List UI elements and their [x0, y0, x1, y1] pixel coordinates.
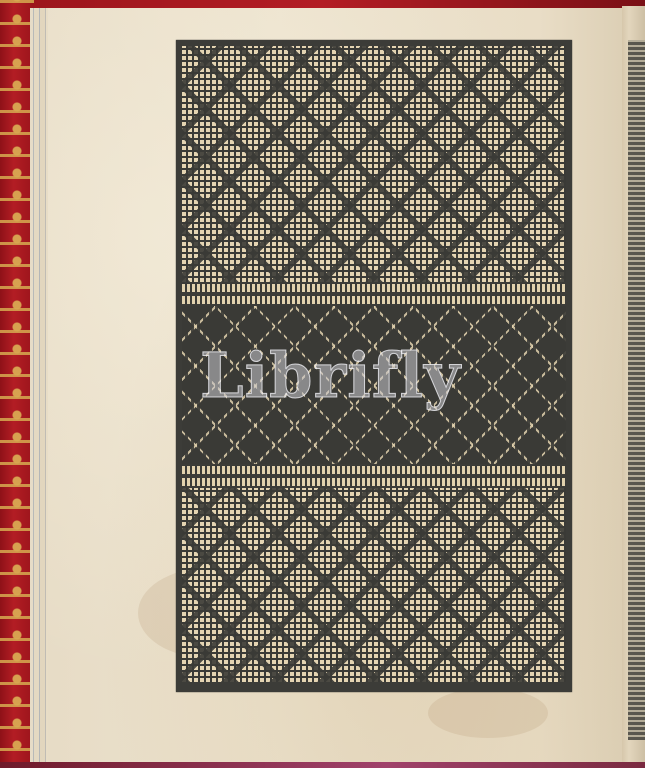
dotted-border-strip [182, 296, 566, 304]
lower-grid-panel [182, 488, 566, 682]
binding-bottom-edge [0, 762, 645, 768]
red-gilt-binding [0, 0, 34, 768]
diagonal-lattice-band [182, 306, 566, 464]
upper-grid-panel [182, 46, 566, 282]
dotted-border-strip [182, 284, 566, 292]
binding-top-edge [0, 0, 645, 8]
paper-stain [428, 688, 548, 738]
woodcut-pattern [176, 40, 572, 692]
facing-page-pattern [628, 40, 645, 740]
dot-mask [182, 306, 566, 464]
dotted-border-strip [182, 466, 566, 474]
dotted-border-strip [182, 478, 566, 486]
